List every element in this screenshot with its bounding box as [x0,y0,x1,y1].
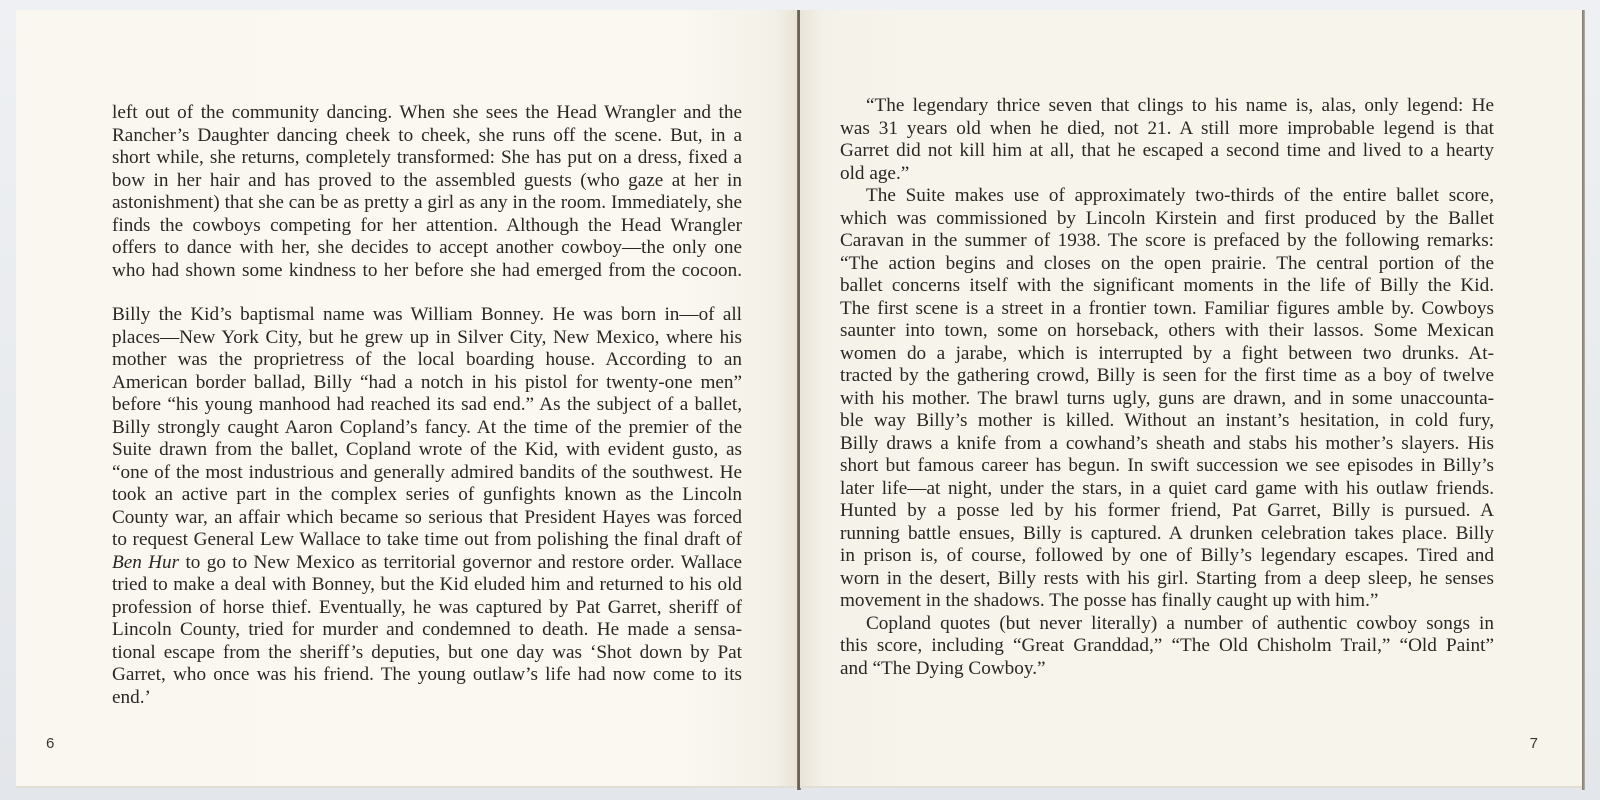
text-line: Suite drawn from the ballet, Copland wro… [112,439,742,462]
text-line: places—New York City, but he grew up in … [112,327,742,350]
paragraph-suite-description: The Suite makes use of approximately two… [840,185,1494,613]
text-line: Caravan in the summer of 1938. The score… [840,230,1494,253]
text-line: Copland quotes (but never literally) a n… [840,613,1494,636]
text-line: The Suite makes use of approximately two… [840,185,1494,208]
text-line: old age.” [840,163,1494,186]
text-line: Billy the Kid’s baptismal name was Willi… [112,304,742,327]
text-line: short but famous career has begun. In sw… [840,455,1494,478]
text-line: movement in the shadows. The posse has f… [840,590,1494,613]
text-line: and “The Dying Cowboy.” [840,658,1494,681]
text-line: offers to dance with her, she decides to… [112,237,742,260]
paragraph-cowgirl-dance: left out of the community dancing. When … [112,102,742,282]
text-line: Lincoln County, tried for murder and con… [112,619,742,642]
page-number: 7 [1530,735,1538,752]
booklet-spread: left out of the community dancing. When … [0,0,1600,800]
text-line: to request General Lew Wallace to take t… [112,529,742,552]
text-line: left out of the community dancing. When … [112,102,742,125]
text-line: Rancher’s Daughter dancing cheek to chee… [112,125,742,148]
text-line-ben-hur: Ben Hur to go to New Mexico as territori… [112,552,742,575]
text-line: short while, she returns, completely tra… [112,147,742,170]
paragraph-legend-quote: “The legendary thrice seven that clings … [840,95,1494,185]
text-line: Garret, who once was his friend. The you… [112,664,742,687]
text-line: end.’ [112,687,742,710]
left-page: left out of the community dancing. When … [16,10,798,788]
book-title-ben-hur: Ben Hur [112,552,179,573]
text-line: Garret did not kill him at all, that he … [840,140,1494,163]
page-number: 6 [46,735,54,752]
text-line: ble way Billy’s mother is killed. Withou… [840,410,1494,433]
text-line: astonishment) that she can be as pretty … [112,192,742,215]
text-line-rest: to go to New Mexico as territorial gover… [179,552,742,573]
text-line: finds the cowboys competing for her atte… [112,215,742,238]
text-line: The first scene is a street in a frontie… [840,298,1494,321]
text-line: Hunted by a posse led by his former frie… [840,500,1494,523]
text-line: “one of the most industrious and general… [112,462,742,485]
text-line: took an active part in the complex serie… [112,484,742,507]
text-line: before “his young manhood had reached it… [112,394,742,417]
text-line: profession of horse thief. Eventually, h… [112,597,742,620]
paragraph-billy-biography: Billy the Kid’s baptismal name was Willi… [112,304,742,709]
text-line: tional escape from the sheriff’s deputie… [112,642,742,665]
text-line: mother was the proprietress of the local… [112,349,742,372]
text-line: this score, including “Great Granddad,” … [840,635,1494,658]
right-page-body: “The legendary thrice seven that clings … [840,95,1494,680]
text-line: in prison is, of course, followed by one… [840,545,1494,568]
text-line: worn in the desert, Billy rests with his… [840,568,1494,591]
text-line: women do a jarabe, which is interrupted … [840,343,1494,366]
text-line: “The legendary thrice seven that clings … [840,95,1494,118]
paragraph-cowboy-songs: Copland quotes (but never literally) a n… [840,613,1494,681]
text-line: saunter into town, some on horseback, ot… [840,320,1494,343]
right-page: “The legendary thrice seven that clings … [800,10,1582,788]
text-line: who had shown some kindness to her befor… [112,260,742,283]
text-line: was 31 years old when he died, not 21. A… [840,118,1494,141]
text-line: tried to make a deal with Bonney, but th… [112,574,742,597]
text-line: American border ballad, Billy “had a not… [112,372,742,395]
text-line: with his mother. The brawl turns ugly, g… [840,388,1494,411]
text-line: later life—at night, under the stars, in… [840,478,1494,501]
left-page-body: left out of the community dancing. When … [112,102,742,709]
page-edge-shadow [1582,10,1585,790]
text-line: ballet concerns itself with the signific… [840,275,1494,298]
text-line: running battle ensues, Billy is captured… [840,523,1494,546]
text-line: which was commissioned by Lincoln Kirste… [840,208,1494,231]
text-line: bow in her hair and has proved to the as… [112,170,742,193]
text-line: Billy strongly caught Aaron Copland’s fa… [112,417,742,440]
text-line: tracted by the gathering crowd, Billy is… [840,365,1494,388]
text-line: “The action begins and closes on the ope… [840,253,1494,276]
text-line: County war, an affair which became so se… [112,507,742,530]
text-line: Billy draws a knife from a cowhand’s she… [840,433,1494,456]
